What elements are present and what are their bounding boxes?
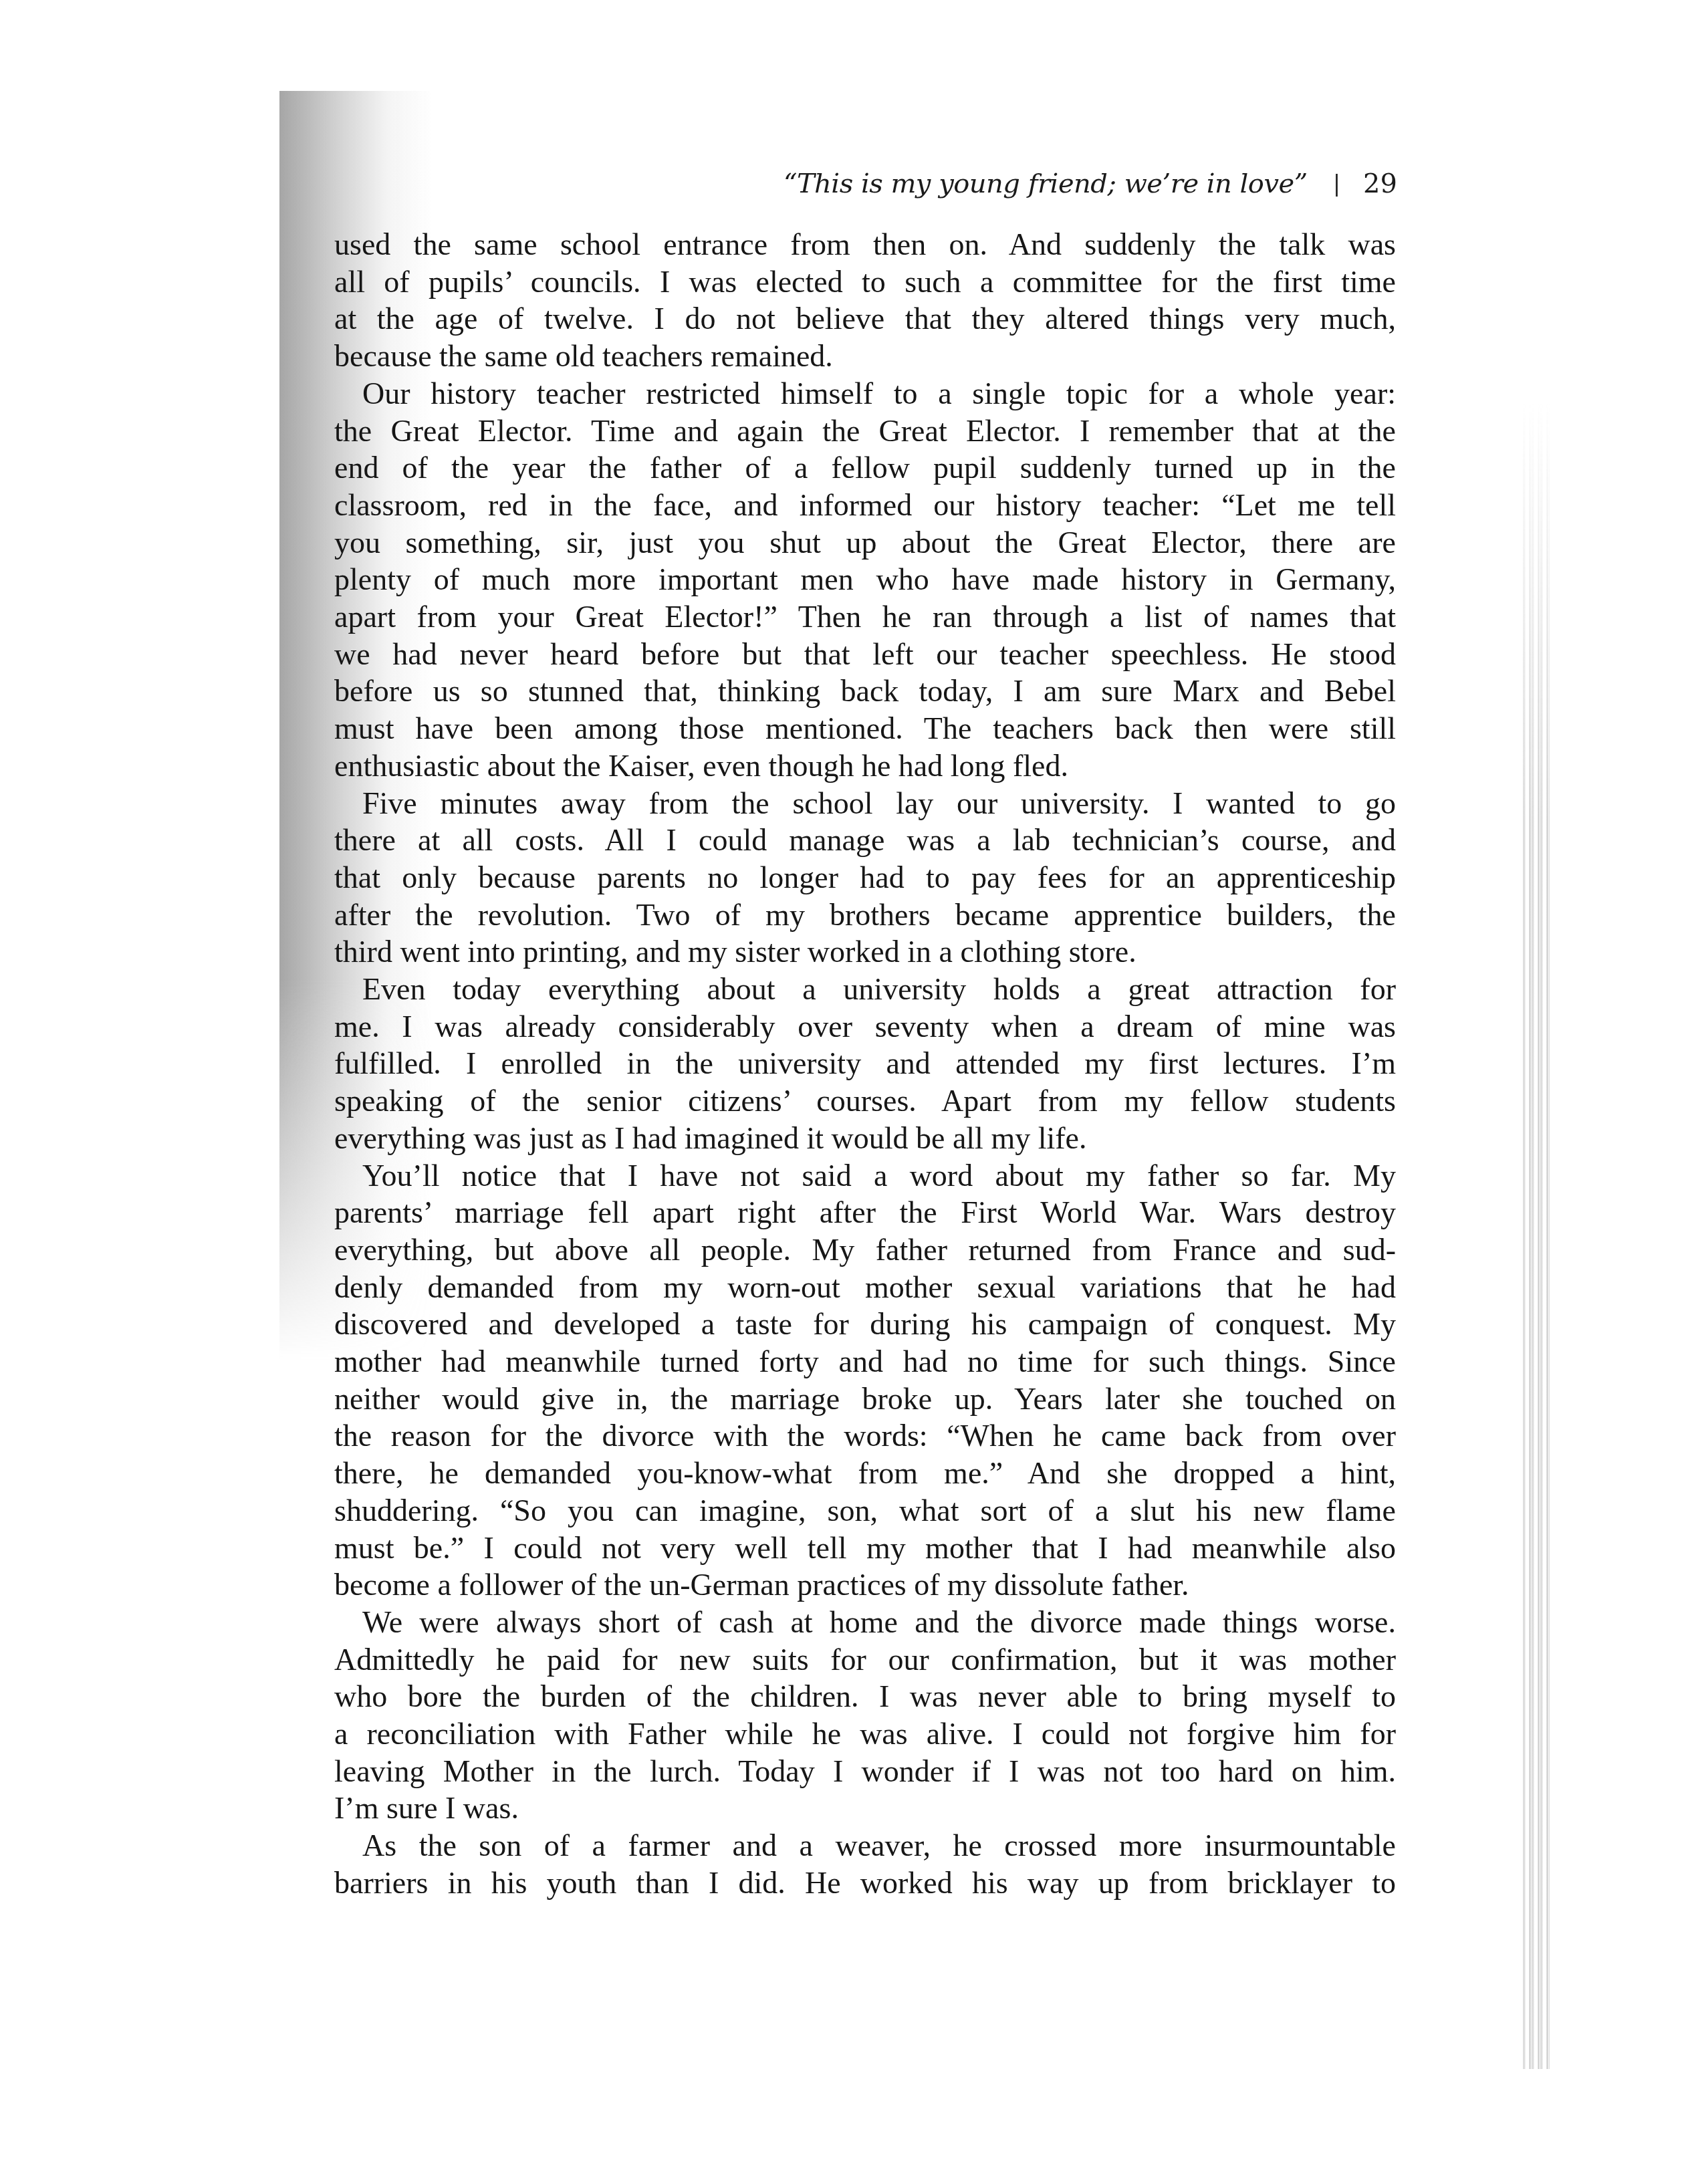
text-line: used the same school entrance from then …: [334, 226, 1396, 263]
text-line: discovered and developed a taste for dur…: [334, 1306, 1396, 1343]
running-head: “This is my young friend; we’re in love”…: [735, 168, 1397, 209]
text-line: mother had meanwhile turned forty and ha…: [334, 1343, 1396, 1380]
text-line: fulfilled. I enrolled in the university …: [334, 1045, 1396, 1082]
text-line: all of pupils’ councils. I was elected t…: [334, 263, 1396, 301]
text-line: that only because parents no longer had …: [334, 859, 1396, 896]
text-line: leaving Mother in the lurch. Today I won…: [334, 1753, 1396, 1790]
scan-page-edge: [1523, 401, 1550, 2069]
text-line: after the revolution. Two of my brothers…: [334, 896, 1396, 934]
text-line: shuddering. “So you can imagine, son, wh…: [334, 1492, 1396, 1530]
paragraph-first-line: Five minutes away from the school lay ou…: [334, 785, 1396, 822]
paragraph-first-line: Even today everything about a university…: [334, 971, 1396, 1008]
text-line: denly demanded from my worn-out mother s…: [334, 1269, 1396, 1306]
text-line: at the age of twelve. I do not believe t…: [334, 300, 1396, 338]
page-number: 29: [1363, 168, 1397, 199]
text-line: there at all costs. All I could manage w…: [334, 822, 1396, 859]
text-line: I’m sure I was.: [334, 1790, 1396, 1827]
chapter-title: “This is my young friend; we’re in love”: [784, 168, 1308, 199]
text-line: you something, sir, just you shut up abo…: [334, 524, 1396, 562]
text-line: there, he demanded you-know-what from me…: [334, 1455, 1396, 1492]
text-line: classroom, red in the face, and informed…: [334, 487, 1396, 524]
paragraph-first-line: You’ll notice that I have not said a wor…: [334, 1157, 1396, 1195]
text-line: everything, but above all people. My fat…: [334, 1231, 1396, 1269]
text-line: the reason for the divorce with the word…: [334, 1417, 1396, 1455]
text-line: must have been among those mentioned. Th…: [334, 710, 1396, 747]
text-line: end of the year the father of a fellow p…: [334, 449, 1396, 487]
text-line: must be.” I could not very well tell my …: [334, 1530, 1396, 1567]
text-line: neither would give in, the marriage brok…: [334, 1380, 1396, 1418]
paragraph-first-line: Our history teacher restricted himself t…: [334, 375, 1396, 412]
text-line: Admittedly he paid for new suits for our…: [334, 1641, 1396, 1679]
paragraph-first-line: As the son of a farmer and a weaver, he …: [334, 1827, 1396, 1864]
text-line: me. I was already considerably over seve…: [334, 1008, 1396, 1046]
text-line: become a follower of the un-German pract…: [334, 1566, 1396, 1604]
text-line: third went into printing, and my sister …: [334, 933, 1396, 971]
text-line: enthusiastic about the Kaiser, even thou…: [334, 747, 1396, 785]
text-line: because the same old teachers remained.: [334, 338, 1396, 375]
text-line: everything was just as I had imagined it…: [334, 1120, 1396, 1157]
text-line: barriers in his youth than I did. He wor…: [334, 1864, 1396, 1902]
text-line: who bore the burden of the children. I w…: [334, 1678, 1396, 1715]
text-line: before us so stunned that, thinking back…: [334, 673, 1396, 710]
text-line: plenty of much more important men who ha…: [334, 561, 1396, 598]
text-line: apart from your Great Elector!” Then he …: [334, 598, 1396, 636]
book-page: “This is my young friend; we’re in love”…: [0, 0, 1682, 2184]
paragraph-first-line: We were always short of cash at home and…: [334, 1604, 1396, 1641]
text-line: we had never heard before but that left …: [334, 636, 1396, 673]
text-line: parents’ marriage fell apart right after…: [334, 1194, 1396, 1231]
text-line: the Great Elector. Time and again the Gr…: [334, 412, 1396, 450]
text-line: a reconciliation with Father while he wa…: [334, 1715, 1396, 1753]
text-line: speaking of the senior citizens’ courses…: [334, 1082, 1396, 1120]
header-separator: |: [1333, 170, 1340, 197]
